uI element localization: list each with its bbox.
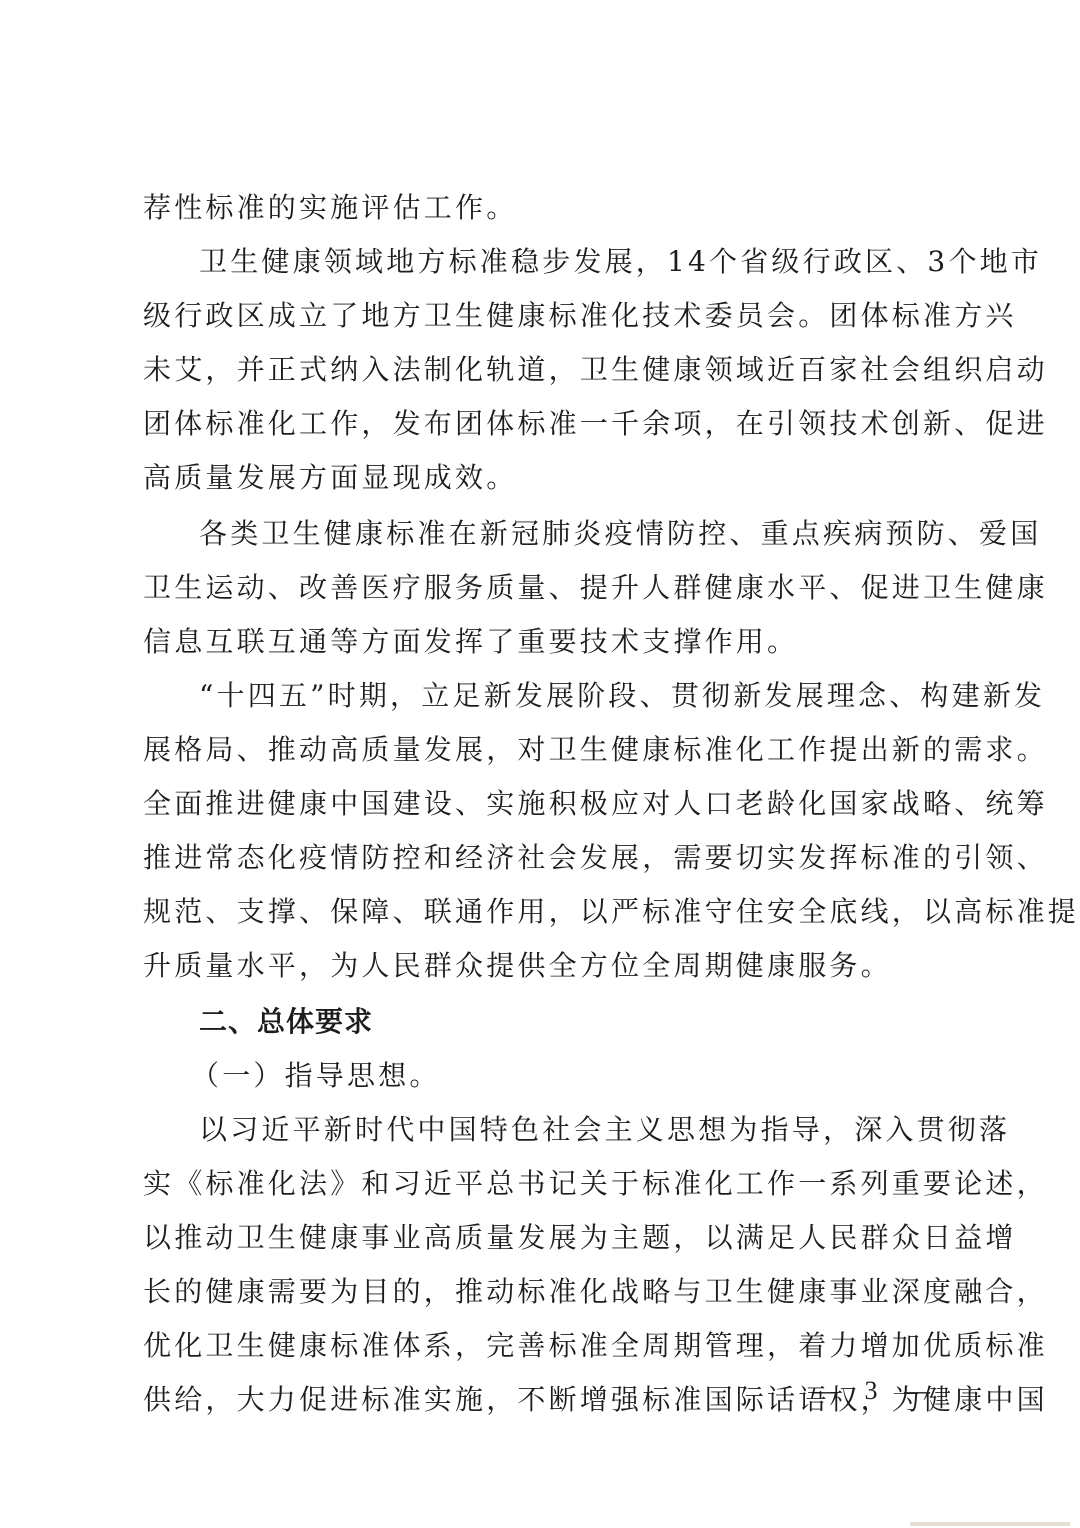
paragraph-line: 推进常态化疫情防控和经济社会发展，需要切实发挥标准的引领、 xyxy=(143,838,939,878)
paragraph-line: 规范、支撑、保障、联通作用，以严标准守住安全底线，以高标准提 xyxy=(143,892,939,932)
paragraph-line: 全面推进健康中国建设、实施积极应对人口老龄化国家战略、统筹 xyxy=(143,784,939,824)
paragraph-line: 团体标准化工作，发布团体标准一千余项，在引领技术创新、促进 xyxy=(143,404,939,444)
paragraph-line: “十四五”时期，立足新发展阶段、贯彻新发展理念、构建新发 xyxy=(199,676,939,716)
scan-edge-divider xyxy=(910,1522,1070,1526)
paragraph-line: 级行政区成立了地方卫生健康标准化技术委员会。团体标准方兴 xyxy=(143,296,939,336)
paragraph-line: 优化卫生健康标准体系，完善标准全周期管理，着力增加优质标准 xyxy=(143,1326,939,1366)
paragraph-line: 展格局、推动高质量发展，对卫生健康标准化工作提出新的需求。 xyxy=(143,730,939,770)
paragraph-line: 长的健康需要为目的，推动标准化战略与卫生健康事业深度融合， xyxy=(143,1272,939,1312)
paragraph-line: 高质量发展方面显现成效。 xyxy=(143,458,939,498)
paragraph-line: 升质量水平，为人民群众提供全方位全周期健康服务。 xyxy=(143,946,939,986)
paragraph-line: 信息互联互通等方面发挥了重要技术支撑作用。 xyxy=(143,622,939,662)
subsection-heading: （一）指导思想。 xyxy=(191,1056,931,1096)
paragraph-line: 以习近平新时代中国特色社会主义思想为指导，深入贯彻落 xyxy=(199,1110,939,1150)
paragraph-line: 各类卫生健康标准在新冠肺炎疫情防控、重点疾病预防、爱国 xyxy=(199,514,939,554)
paragraph-line: 卫生健康领域地方标准稳步发展，14个省级行政区、3个地市 xyxy=(199,242,939,282)
section-heading: 二、总体要求 xyxy=(199,1002,939,1042)
paragraph-line: 未艾，并正式纳入法制化轨道，卫生健康领域近百家社会组织启动 xyxy=(143,350,939,390)
paragraph-line: 实《标准化法》和习近平总书记关于标准化工作一系列重要论述， xyxy=(143,1164,939,1204)
paragraph-line: 卫生运动、改善医疗服务质量、提升人群健康水平、促进卫生健康 xyxy=(143,568,939,608)
page-number: — 3 — xyxy=(812,1376,940,1406)
paragraph-line: 荐性标准的实施评估工作。 xyxy=(143,188,939,228)
paragraph-line: 以推动卫生健康事业高质量发展为主题，以满足人民群众日益增 xyxy=(143,1218,939,1258)
